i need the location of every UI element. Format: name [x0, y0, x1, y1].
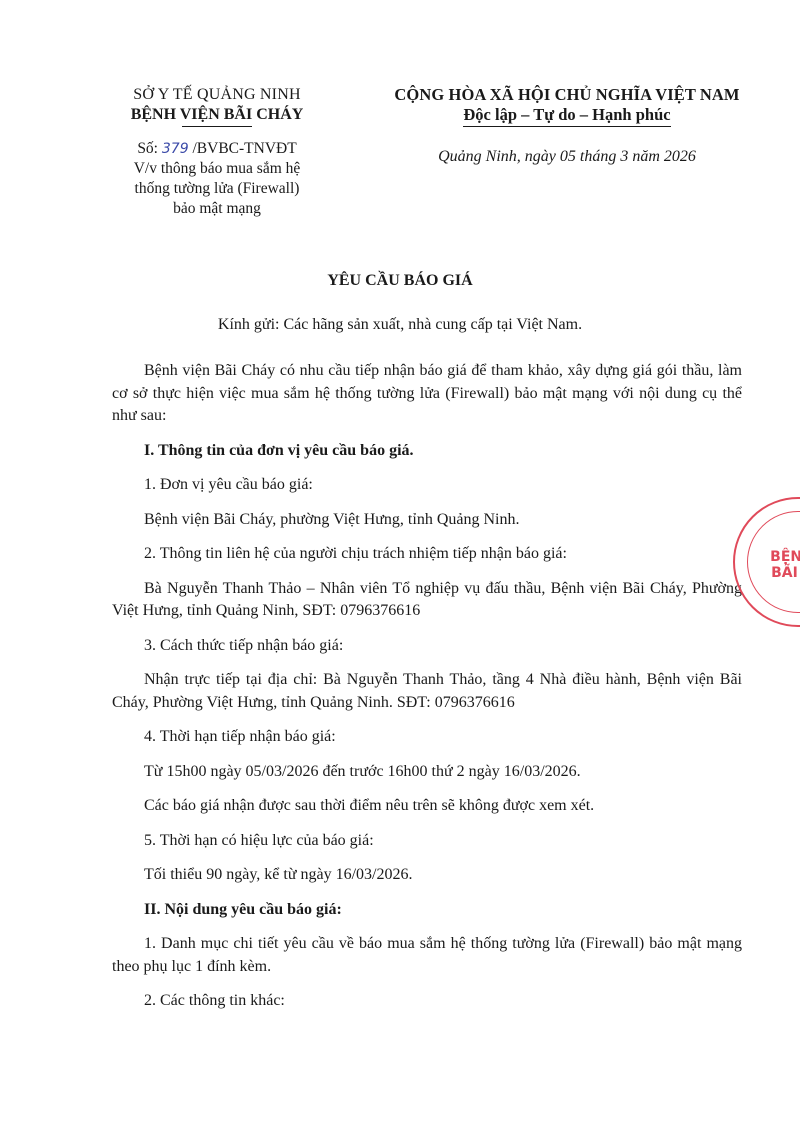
item-label: 2. Thông tin liên hệ của người chịu trác…: [112, 543, 742, 566]
nation-title: CỘNG HÒA XÃ HỘI CHỦ NGHĨA VIỆT NAM: [352, 85, 782, 105]
item-label: 4. Thời hạn tiếp nhận báo giá:: [112, 726, 742, 749]
subject-line: V/v thông báo mua sắm hệ: [92, 159, 342, 179]
org-underline: [182, 126, 252, 127]
subject-line: thống tường lửa (Firewall): [92, 179, 342, 199]
document-page: SỞ Y TẾ QUẢNG NINH BỆNH VIỆN BÃI CHÁY Số…: [0, 0, 800, 1128]
item-value: Bệnh viện Bãi Cháy, phường Việt Hưng, tỉ…: [112, 509, 742, 532]
recipient: Kính gửi: Các hãng sản xuất, nhà cung cấ…: [0, 316, 800, 334]
item-value: Tối thiểu 90 ngày, kể từ ngày 16/03/2026…: [112, 864, 742, 887]
section-heading: II. Nội dung yêu cầu báo giá:: [112, 899, 742, 922]
item-value: Bà Nguyễn Thanh Thảo – Nhân viên Tổ nghi…: [112, 578, 742, 623]
item-value: Nhận trực tiếp tại địa chỉ: Bà Nguyễn Th…: [112, 669, 742, 714]
subject-line: bảo mật mạng: [92, 199, 342, 219]
official-seal-stamp: BỆNH BÃI C: [733, 497, 800, 627]
document-body: Bệnh viện Bãi Cháy có nhu cầu tiếp nhận …: [112, 360, 742, 1013]
doc-number: Số: 379 /BVBC-TNVĐT: [92, 139, 342, 159]
item-value: 1. Danh mục chi tiết yêu cầu về báo mua …: [112, 933, 742, 978]
item-label: 5. Thời hạn có hiệu lực của báo giá:: [112, 830, 742, 853]
doc-number-suffix: /BVBC-TNVĐT: [189, 140, 297, 157]
subject: V/v thông báo mua sắm hệ thống tường lửa…: [92, 159, 342, 219]
doc-number-handwritten: 379: [162, 141, 189, 157]
document-title: YÊU CẦU BÁO GIÁ: [0, 272, 800, 290]
item-label: 3. Cách thức tiếp nhận báo giá:: [112, 635, 742, 658]
parent-org: SỞ Y TẾ QUẢNG NINH: [92, 85, 342, 105]
motto: Độc lập – Tự do – Hạnh phúc: [463, 105, 670, 127]
doc-number-prefix: Số:: [137, 140, 162, 157]
section-heading: I. Thông tin của đơn vị yêu cầu báo giá.: [112, 440, 742, 463]
stamp-text: BỆNH BÃI C: [757, 549, 800, 581]
item-label: 1. Đơn vị yêu cầu báo giá:: [112, 474, 742, 497]
issuing-org-block: SỞ Y TẾ QUẢNG NINH BỆNH VIỆN BÃI CHÁY Số…: [92, 85, 342, 219]
item-label: 2. Các thông tin khác:: [112, 990, 742, 1013]
national-header: CỘNG HÒA XÃ HỘI CHỦ NGHĨA VIỆT NAM Độc l…: [352, 85, 782, 167]
item-note: Các báo giá nhận được sau thời điểm nêu …: [112, 795, 742, 818]
item-value: Từ 15h00 ngày 05/03/2026 đến trước 16h00…: [112, 761, 742, 784]
org-name: BỆNH VIỆN BÃI CHÁY: [131, 105, 304, 125]
intro-paragraph: Bệnh viện Bãi Cháy có nhu cầu tiếp nhận …: [112, 360, 742, 428]
place-date: Quảng Ninh, ngày 05 tháng 3 năm 2026: [352, 147, 782, 167]
